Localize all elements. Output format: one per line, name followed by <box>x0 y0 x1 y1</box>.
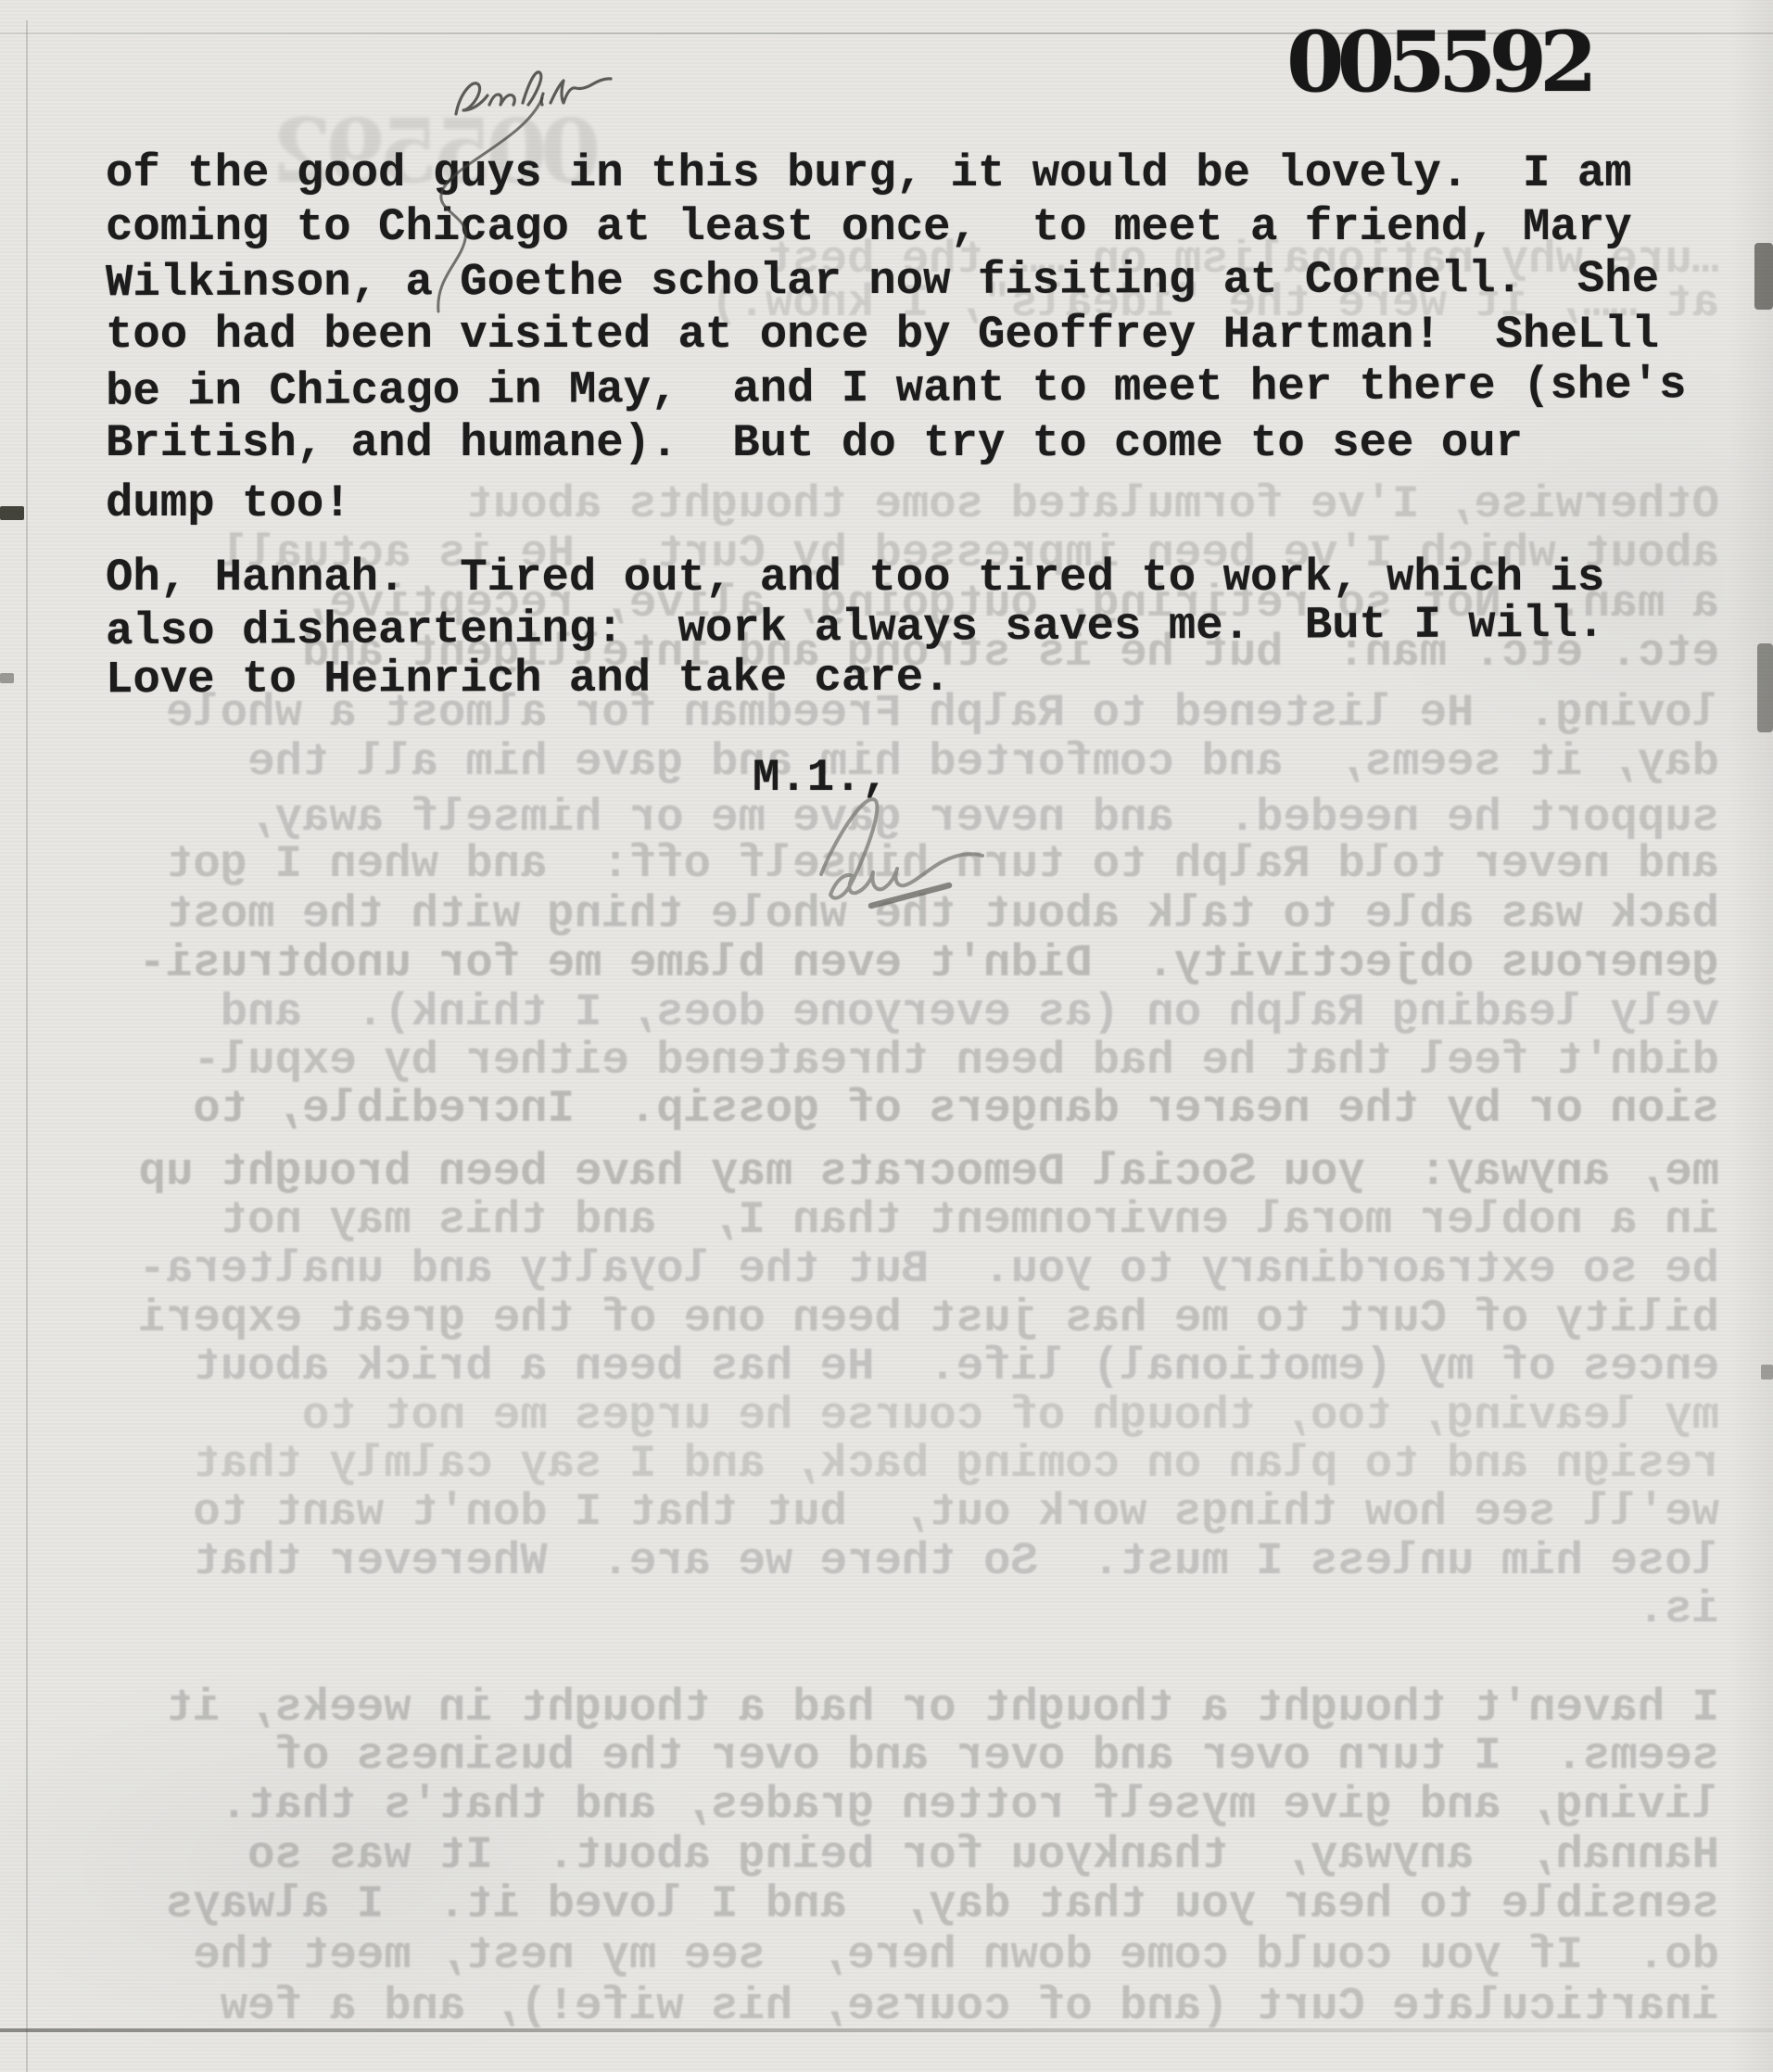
letter-paragraph-2: Oh, Hannah. Tired out, and too tired to … <box>106 0 1773 2072</box>
edge-artifact <box>0 673 14 683</box>
typed-line: Oh, Hannah. Tired out, and too tired to … <box>106 555 1604 601</box>
typed-line: Love to Heinrich and take care. <box>106 655 951 703</box>
scan-left-edge-line <box>26 20 28 2072</box>
edge-artifact <box>0 506 24 520</box>
typed-line: also disheartening: work always saves me… <box>106 602 1605 655</box>
typed-signoff: M.1., <box>753 756 889 801</box>
scanned-letter-page: 005592 …ure why nationalism on …… the be… <box>0 0 1773 2072</box>
